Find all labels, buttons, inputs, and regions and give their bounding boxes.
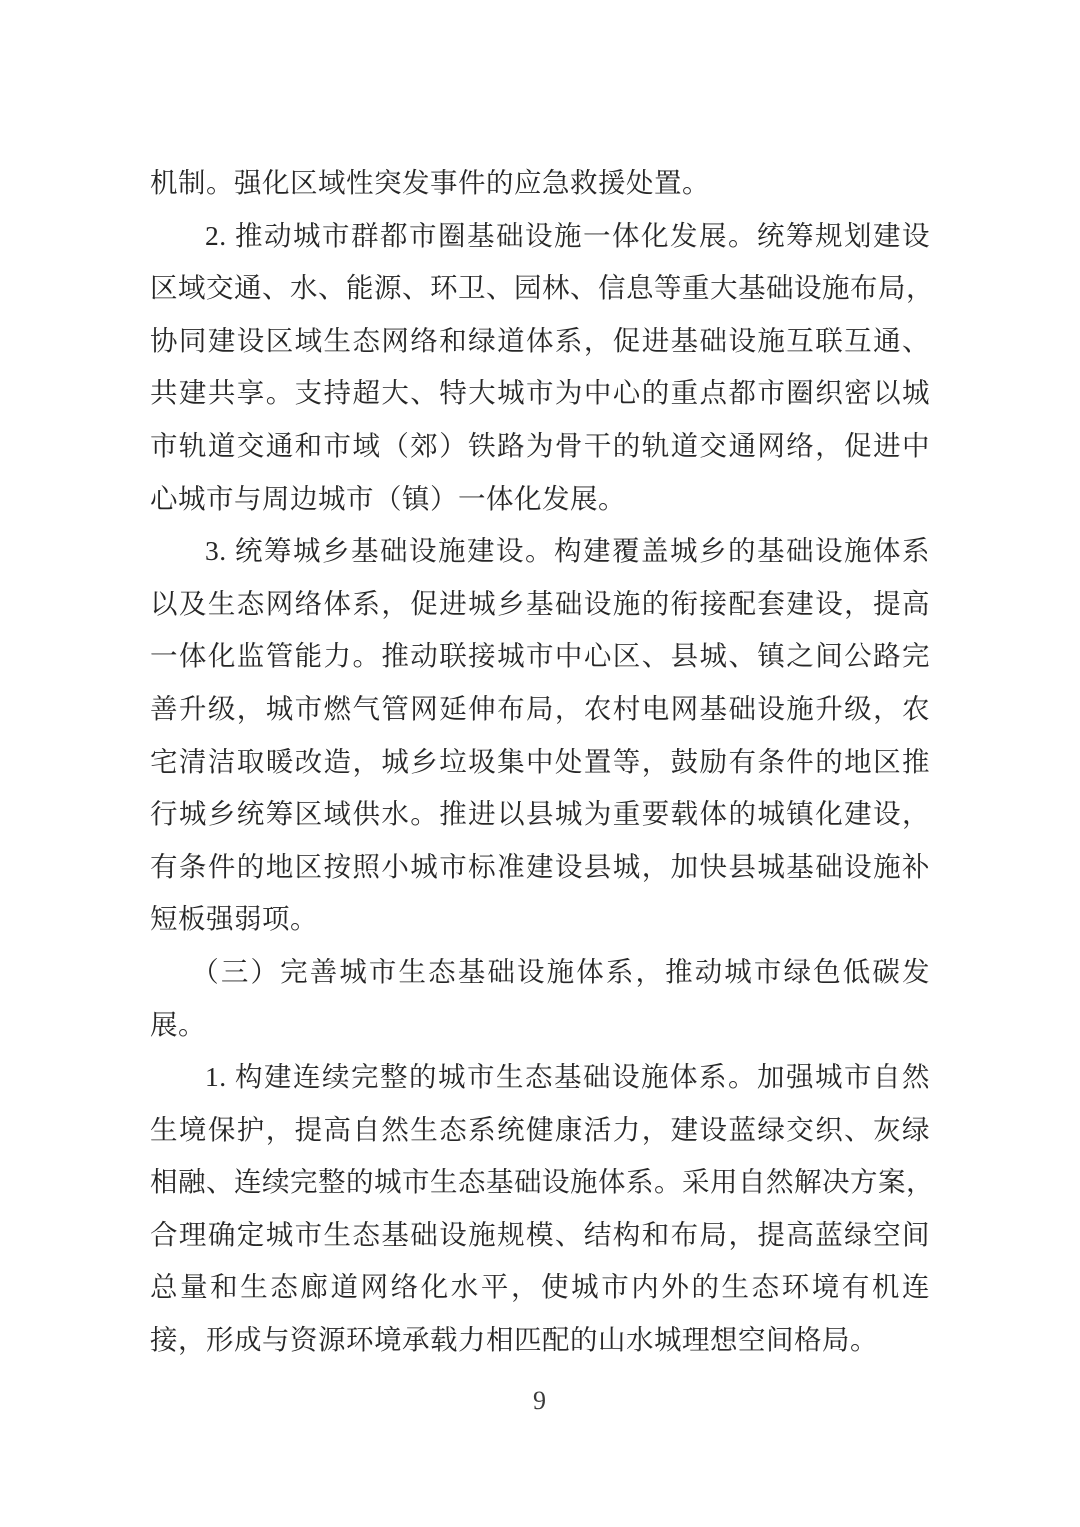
page-number: 9 — [0, 1386, 1080, 1416]
text-line: 善升级，城市燃气管网延伸布局，农村电网基础设施升级，农 — [150, 683, 930, 736]
text-line: 展。 — [150, 999, 930, 1052]
text-line: 市轨道交通和市域（郊）铁路为骨干的轨道交通网络，促进中 — [150, 420, 930, 473]
text-line: 以及生态网络体系，促进城乡基础设施的衔接配套建设，提高 — [150, 578, 930, 631]
text-line: （三）完善城市生态基础设施体系，推动城市绿色低碳发 — [150, 946, 930, 999]
text-line: 共建共享。支持超大、特大城市为中心的重点都市圈织密以城 — [150, 367, 930, 420]
text-line: 宅清洁取暖改造，城乡垃圾集中处置等，鼓励有条件的地区推 — [150, 736, 930, 789]
document-body: 机制。强化区域性突发事件的应急救援处置。2. 推动城市群都市圈基础设施一体化发展… — [150, 157, 930, 1367]
text-line: 心城市与周边城市（镇）一体化发展。 — [150, 473, 930, 526]
text-line: 3. 统筹城乡基础设施建设。构建覆盖城乡的基础设施体系 — [150, 525, 930, 578]
text-line: 机制。强化区域性突发事件的应急救援处置。 — [150, 157, 930, 210]
text-line: 短板强弱项。 — [150, 893, 930, 946]
text-line: 总量和生态廊道网络化水平，使城市内外的生态环境有机连 — [150, 1261, 930, 1314]
text-line: 1. 构建连续完整的城市生态基础设施体系。加强城市自然 — [150, 1051, 930, 1104]
text-line: 合理确定城市生态基础设施规模、结构和布局，提高蓝绿空间 — [150, 1209, 930, 1262]
document-page: 机制。强化区域性突发事件的应急救援处置。2. 推动城市群都市圈基础设施一体化发展… — [0, 0, 1080, 1527]
text-line: 2. 推动城市群都市圈基础设施一体化发展。统筹规划建设 — [150, 210, 930, 263]
text-line: 生境保护，提高自然生态系统健康活力，建设蓝绿交织、灰绿 — [150, 1104, 930, 1157]
text-line: 一体化监管能力。推动联接城市中心区、县城、镇之间公路完 — [150, 630, 930, 683]
text-line: 接，形成与资源环境承载力相匹配的山水城理想空间格局。 — [150, 1314, 930, 1367]
text-line: 协同建设区域生态网络和绿道体系，促进基础设施互联互通、 — [150, 315, 930, 368]
text-line: 相融、连续完整的城市生态基础设施体系。采用自然解决方案， — [150, 1156, 930, 1209]
text-line: 区域交通、水、能源、环卫、园林、信息等重大基础设施布局， — [150, 262, 930, 315]
text-line: 行城乡统筹区域供水。推进以县城为重要载体的城镇化建设， — [150, 788, 930, 841]
text-line: 有条件的地区按照小城市标准建设县城，加快县城基础设施补 — [150, 841, 930, 894]
